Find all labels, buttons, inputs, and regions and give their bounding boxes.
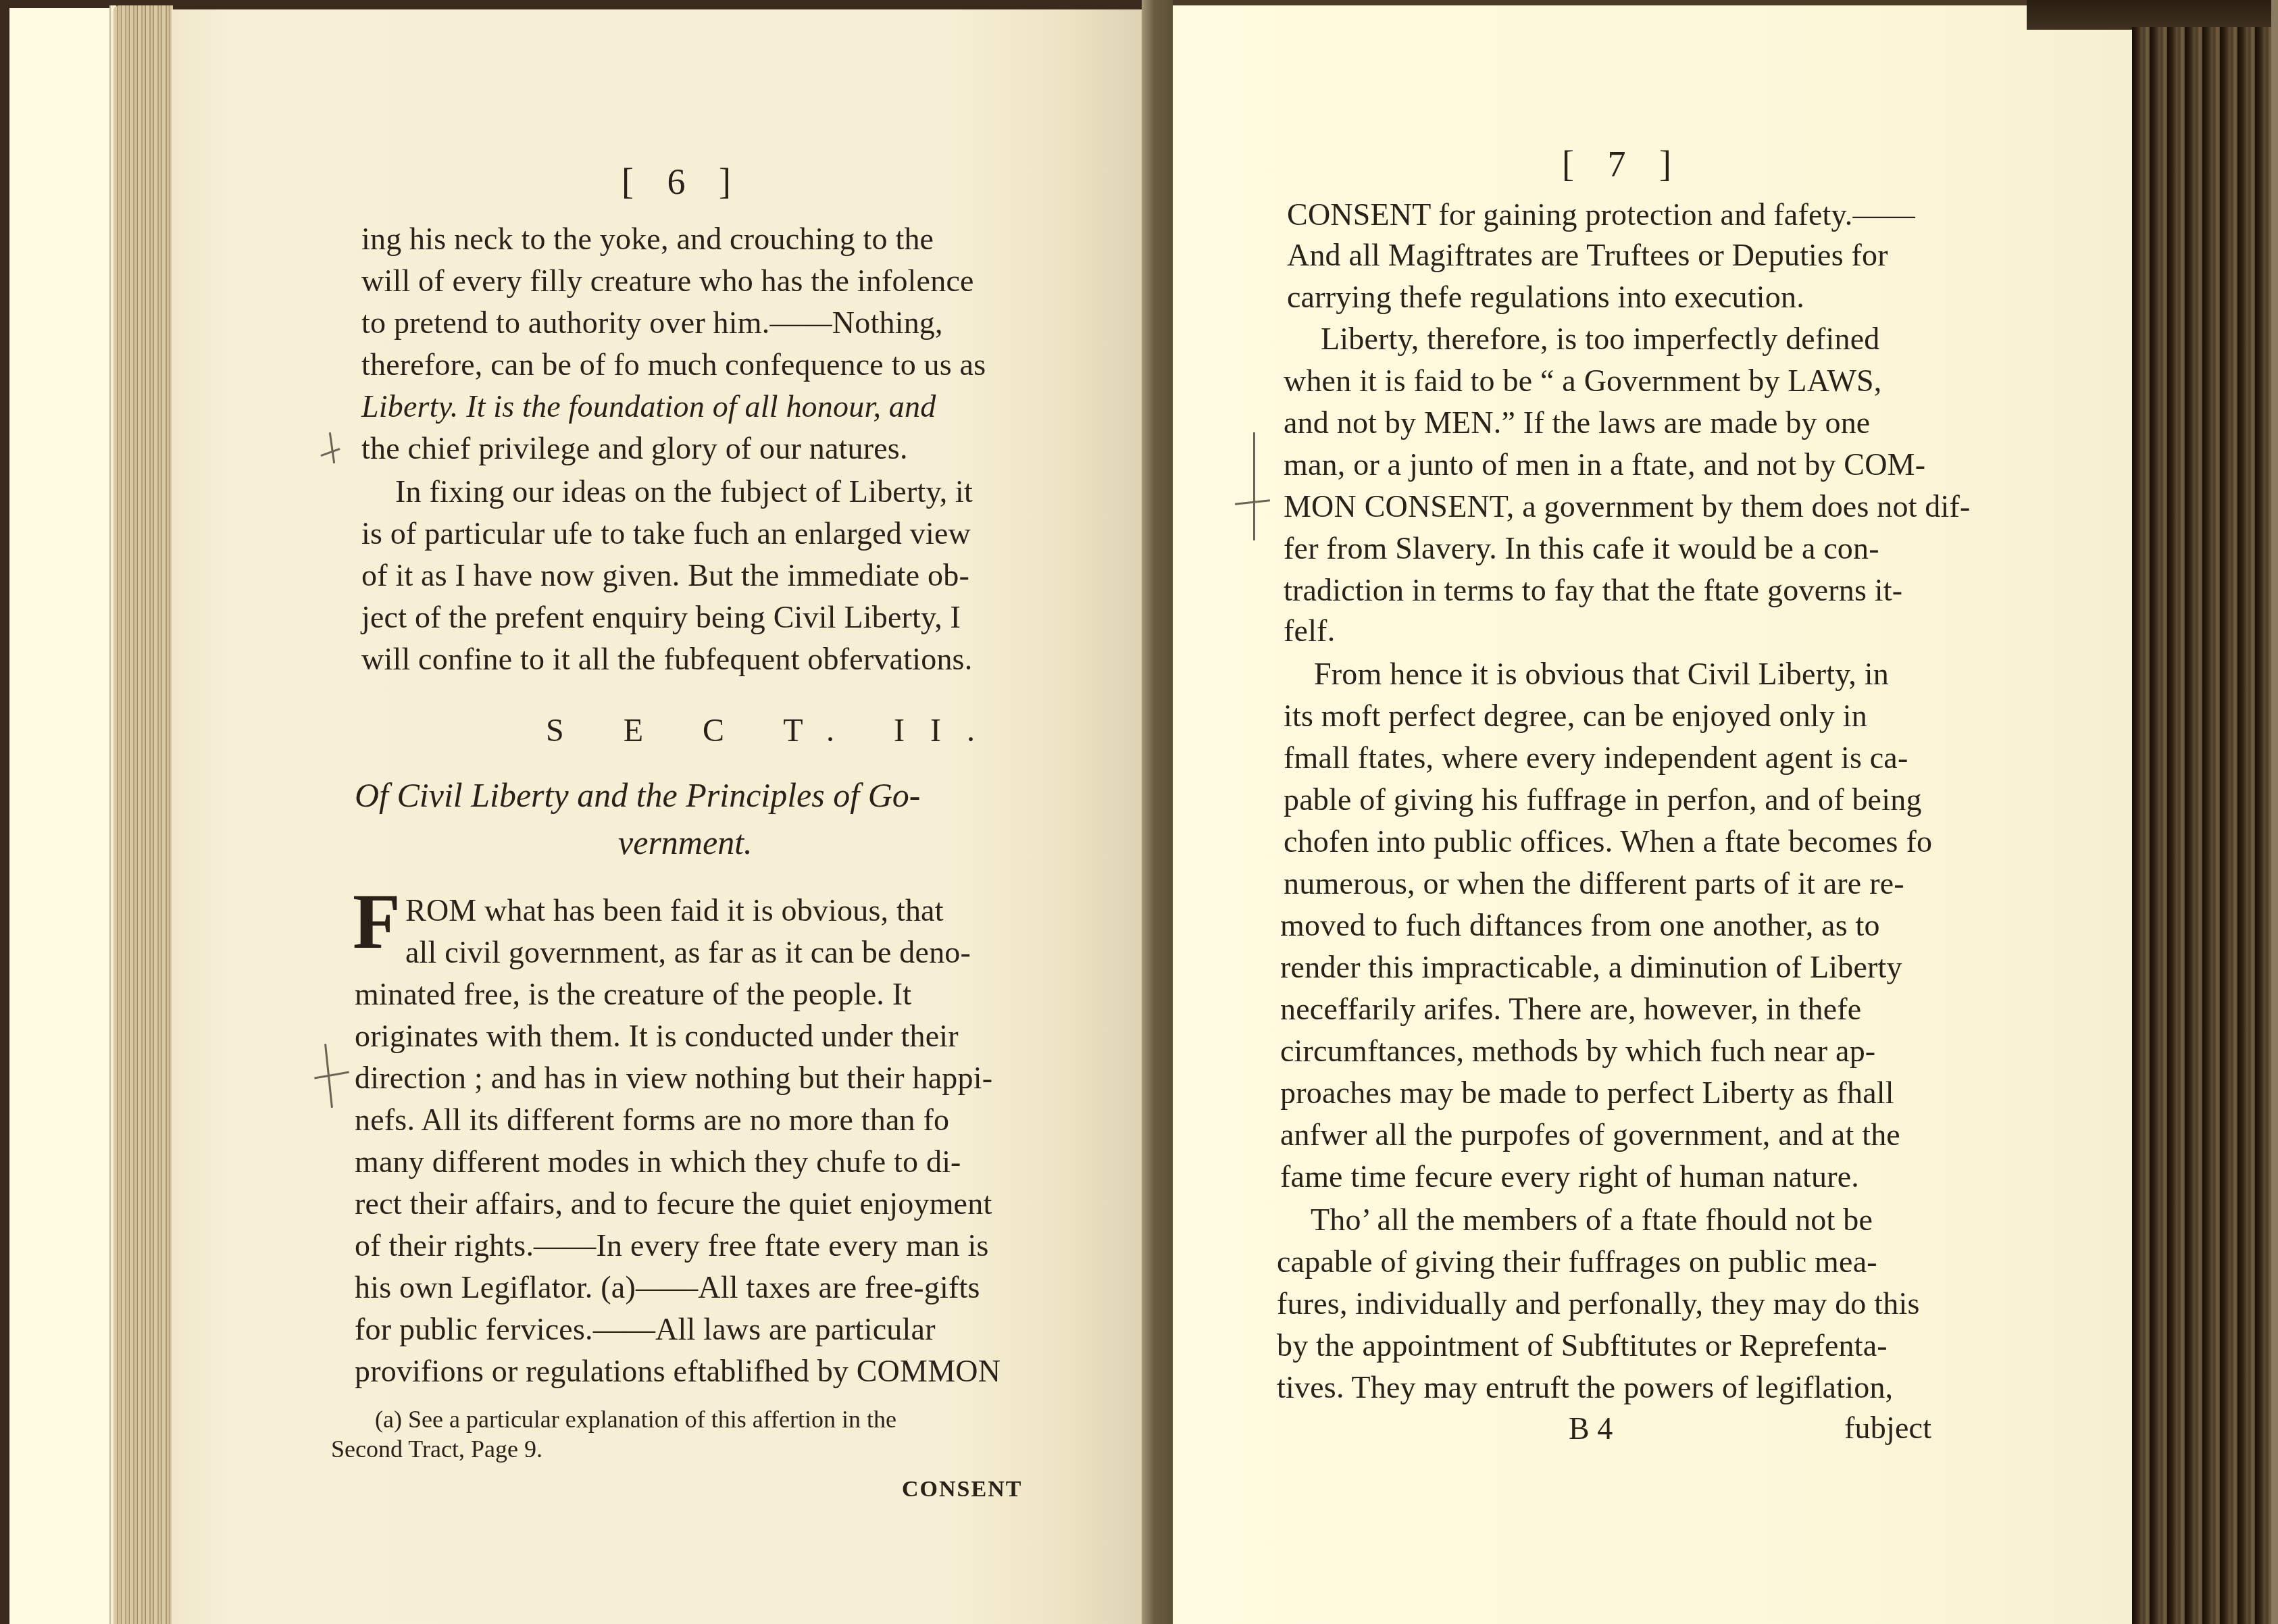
- catchword-right: fubject: [1844, 1409, 1931, 1447]
- text-line: tradiction in terms to fay that the ftat…: [1284, 572, 1902, 609]
- text-line: man, or a junto of men in a ftate, and n…: [1284, 446, 1925, 484]
- text-line: From hence it is obvious that Civil Libe…: [1314, 655, 1889, 693]
- section-title-cont: vernment.: [618, 823, 753, 862]
- text-line: numerous, or when the different parts of…: [1284, 865, 1904, 903]
- flyleaf: [9, 8, 111, 1624]
- text-line: minated free, is the creature of the peo…: [355, 975, 911, 1013]
- text-line: MON CONSENT, a government by them does n…: [1284, 488, 1971, 526]
- text-line: by the appointment of Subftitutes or Rep…: [1277, 1327, 1888, 1365]
- text-line: And all Magiftrates are Truftees or Depu…: [1287, 236, 1888, 274]
- text-line: originates with them. It is conducted un…: [355, 1017, 959, 1055]
- text-line: of it as I have now given. But the immed…: [361, 557, 969, 594]
- text-line: nefs. All its different forms are no mor…: [355, 1101, 949, 1139]
- text-line: direction ; and has in view nothing but …: [355, 1059, 992, 1097]
- text-line: fures, individually and perfonally, they…: [1277, 1285, 1920, 1323]
- footnote: (a) See a particular explanation of this…: [375, 1405, 896, 1433]
- text-line: moved to fuch diftances from one another…: [1280, 907, 1880, 944]
- text-line: when it is faid to be “ a Government by …: [1284, 362, 1882, 400]
- text-line: Liberty, therefore, is too imperfectly d…: [1321, 320, 1880, 358]
- text-line: Liberty. It is the foundation of all hon…: [361, 388, 1044, 426]
- text-line: anfwer all the purpofes of government, a…: [1280, 1116, 1900, 1154]
- text-line: capable of giving their fuffrages on pub…: [1277, 1243, 1877, 1281]
- text-line: circumftances, methods by which fuch nea…: [1280, 1032, 1875, 1070]
- section-title: Of Civil Liberty and the Principles of G…: [355, 776, 920, 815]
- gutter-shadow: [1142, 0, 1173, 1624]
- text-line: ject of the prefent enquiry being Civil …: [361, 599, 961, 636]
- signature-mark: B 4: [1569, 1411, 1613, 1446]
- text-line: carrying thefe regulations into executio…: [1287, 278, 1804, 316]
- text-line: to pretend to authority over him.——Nothi…: [361, 304, 1045, 342]
- text-line: neceffarily arifes. There are, however, …: [1280, 990, 1861, 1028]
- text-line: and not by MEN.” If the laws are made by…: [1284, 404, 1870, 442]
- right-binding-top: [2027, 0, 2278, 30]
- page-number-left: [ 6 ]: [622, 161, 743, 203]
- text-line: provifions or regulations eftablifhed by…: [355, 1352, 1001, 1390]
- text-line: felf.: [1284, 612, 1335, 650]
- cover-edge: [2271, 0, 2278, 1624]
- text-line: of their rights.——In every free ftate ev…: [355, 1227, 989, 1265]
- drop-cap: F: [353, 885, 401, 959]
- text-line: ing his neck to the yoke, and crouching …: [361, 220, 1044, 258]
- page-number-right: [ 7 ]: [1562, 143, 1684, 185]
- text-line: proaches may be made to perfect Liberty …: [1280, 1074, 1894, 1112]
- catchword-left: CONSENT: [902, 1477, 1022, 1502]
- text-line: fame time fecure every right of human na…: [1280, 1158, 1859, 1196]
- text-line: therefore, can be of fo much confequence…: [361, 346, 1051, 384]
- text-line: will confine to it all the fubfequent ob…: [361, 640, 972, 678]
- text-line: pable of giving his fuffrage in perfon, …: [1284, 781, 1922, 819]
- italic-word: Liberty. It is the foundation of all hon…: [361, 389, 936, 424]
- left-page-block-edge: [113, 5, 173, 1624]
- right-page-block-edge: [2132, 27, 2278, 1624]
- text-line: will of every filly creature who has the…: [361, 262, 1051, 300]
- text-line: tives. They may entruft the powers of le…: [1277, 1369, 1893, 1406]
- text-line: is of particular ufe to take fuch an enl…: [361, 515, 971, 553]
- text-line: the chief privilege and glory of our nat…: [361, 430, 908, 467]
- text-line: all civil government, as far as it can b…: [405, 934, 971, 971]
- section-label: S E C T. II.: [546, 712, 1001, 749]
- footnote-cont: Second Tract, Page 9.: [331, 1435, 542, 1463]
- text-line: ROM what has been faid it is obvious, th…: [405, 892, 944, 930]
- text-line: In fixing our ideas on the fubject of Li…: [395, 473, 973, 511]
- text-line: many different modes in which they chufe…: [355, 1143, 961, 1181]
- text-line: fmall ftates, where every independent ag…: [1284, 739, 1908, 777]
- text-line: CONSENT for gaining protection and fafet…: [1287, 196, 1915, 234]
- text-line: Tho’ all the members of a ftate fhould n…: [1311, 1201, 1873, 1239]
- text-line: fer from Slavery. In this cafe it would …: [1284, 530, 1879, 567]
- text-line: his own Legiflator. (a)——All taxes are f…: [355, 1269, 980, 1306]
- text-line: rect their affairs, and to fecure the qu…: [355, 1185, 992, 1223]
- text-line: for public fervices.——All laws are parti…: [355, 1311, 936, 1348]
- text-line: render this impracticable, a diminution …: [1280, 948, 1902, 986]
- text-line: chofen into public offices. When a ftate…: [1284, 823, 1932, 861]
- text-line: its moft perfect degree, can be enjoyed …: [1284, 697, 1867, 735]
